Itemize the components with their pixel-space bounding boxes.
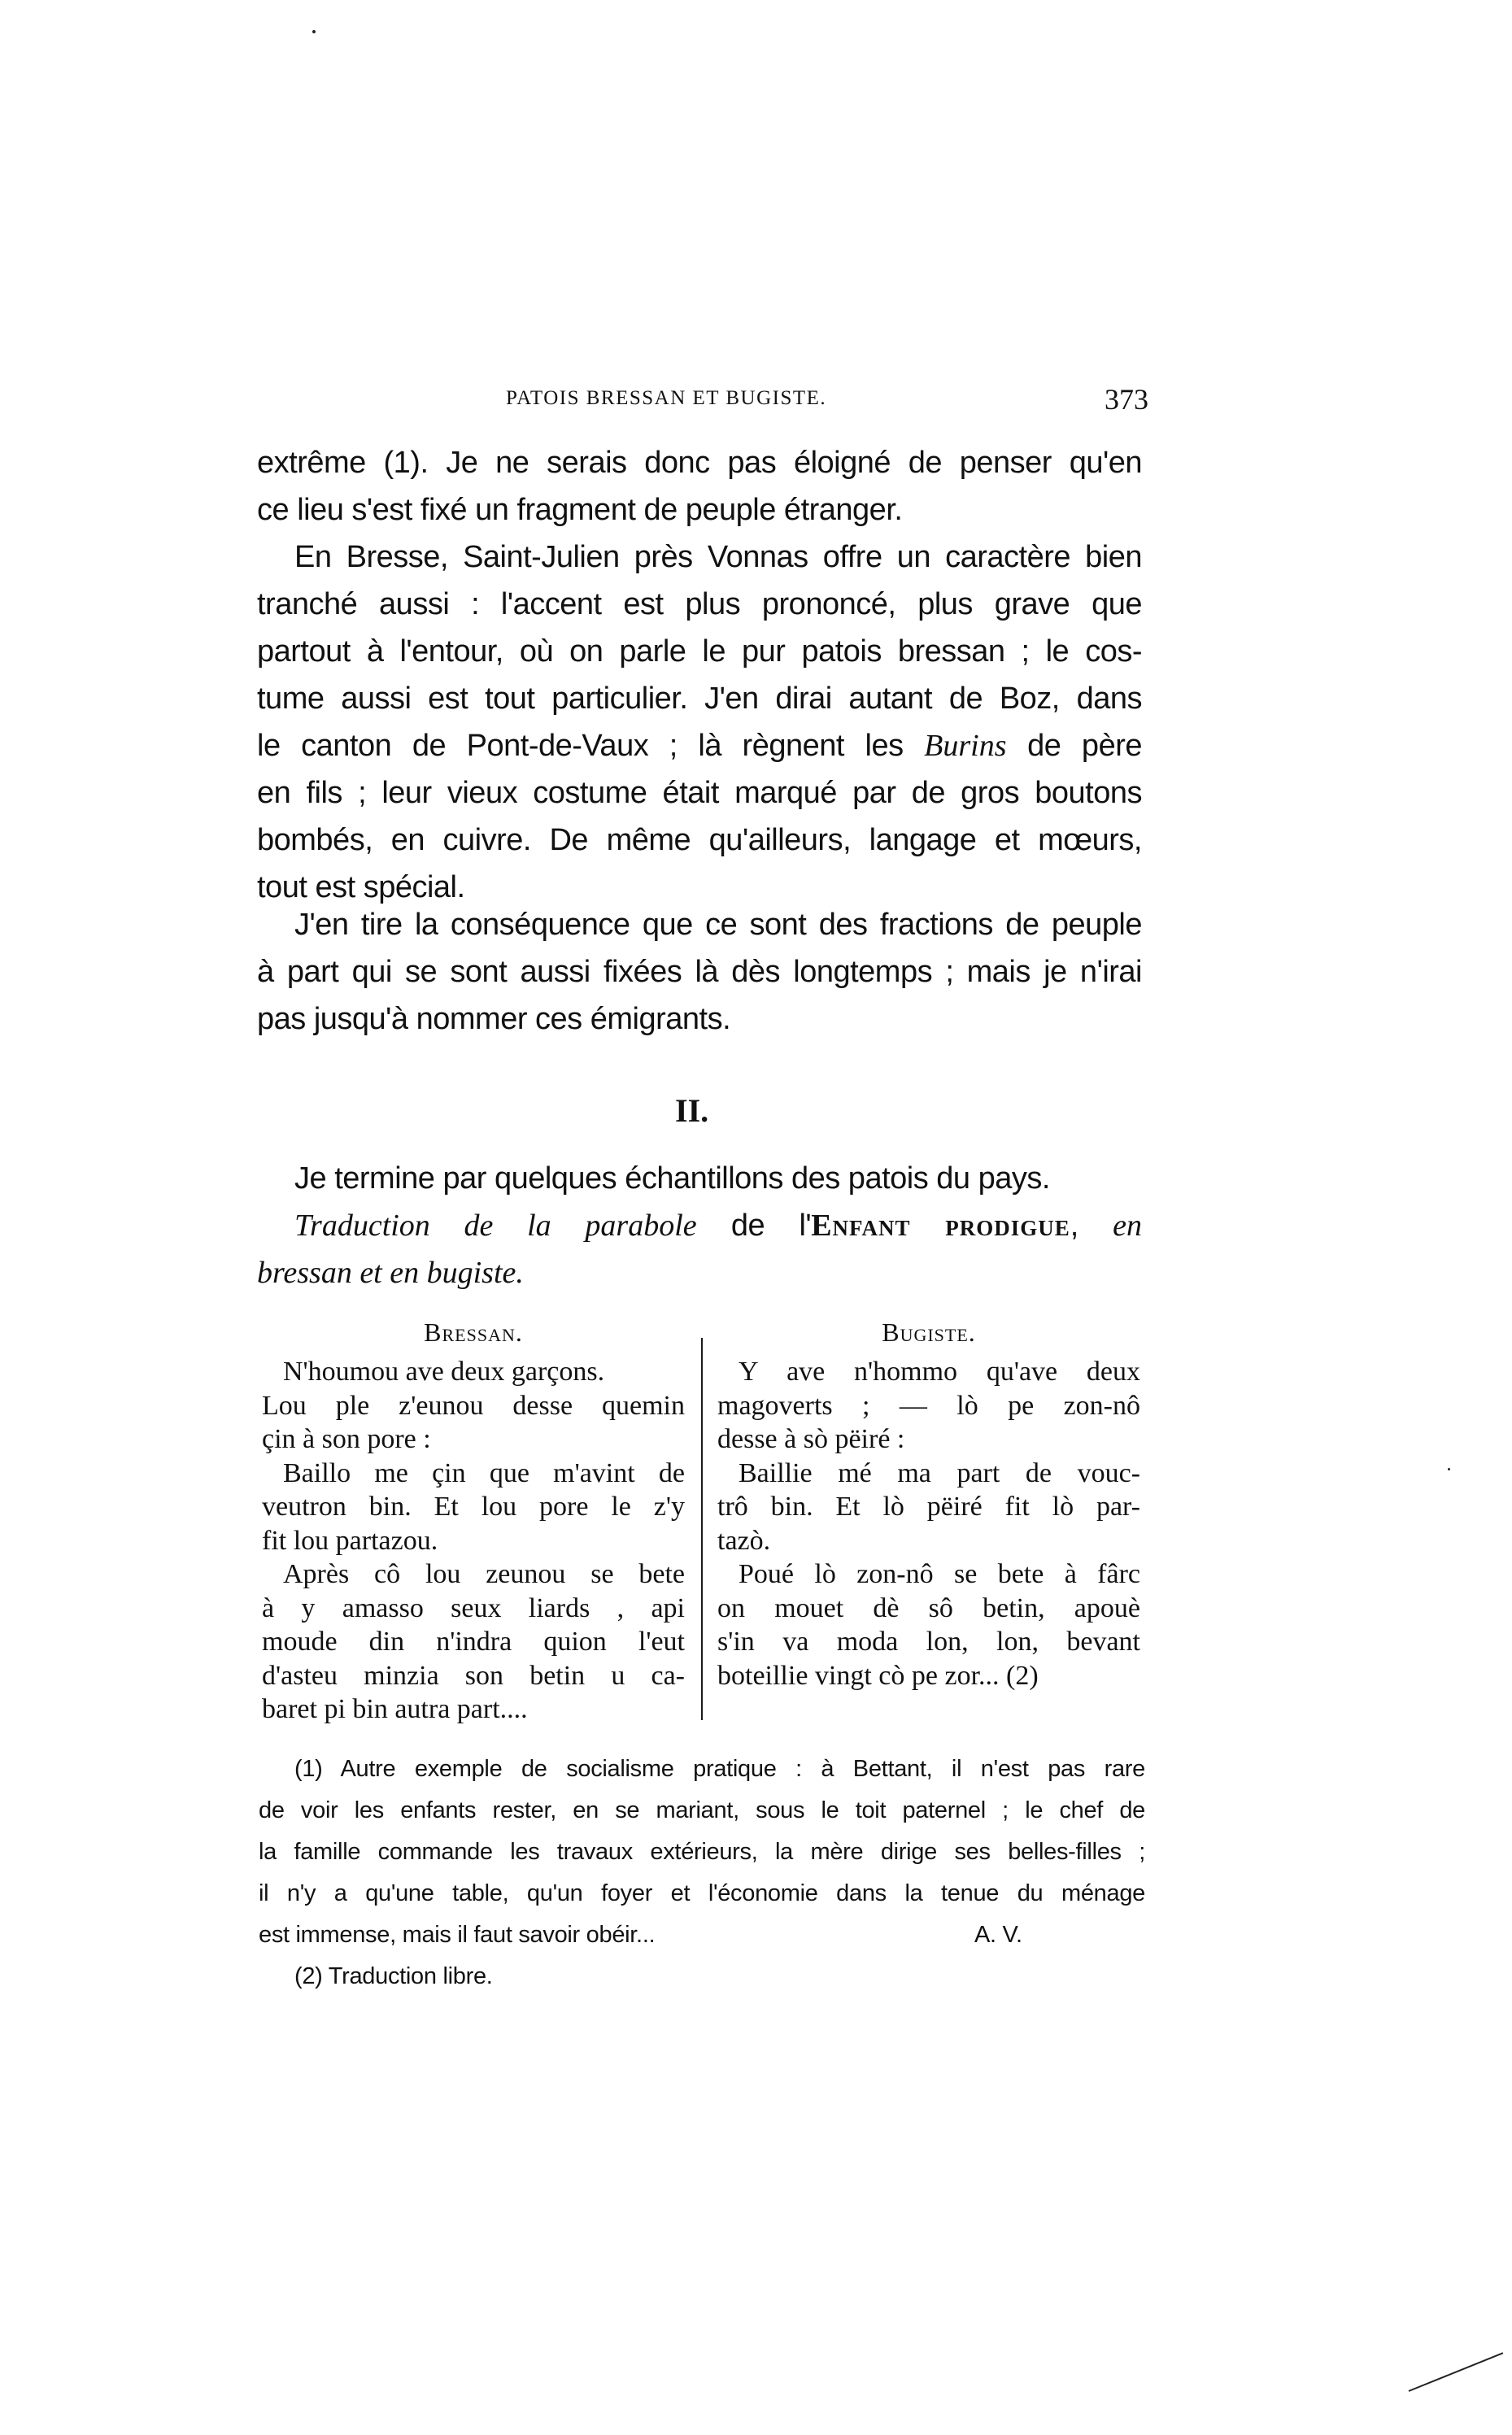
verse-line: boteillie vingt cò pe zor... (2) <box>717 1659 1140 1693</box>
text-line: extrême (1). Je ne serais donc pas éloig… <box>257 439 1142 486</box>
page-number: 373 <box>1105 382 1148 416</box>
paragraph-2: En Bresse, Saint-Julien près Vonnas offr… <box>257 534 1142 911</box>
verse-line: s'in va moda lon, lon, bevant <box>717 1625 1140 1659</box>
scan-speck <box>1448 1468 1450 1470</box>
text-line: En Bresse, Saint-Julien près Vonnas offr… <box>257 534 1142 581</box>
verse-line: on mouet dè sô betin, apouè <box>717 1592 1140 1626</box>
text-line: tume aussi est tout particulier. J'en di… <box>257 675 1142 722</box>
footnote-1-line: la famille commande les travaux extérieu… <box>259 1832 1145 1873</box>
verse-line: trô bin. Et lò pëiré fit lò par- <box>717 1490 1140 1524</box>
column-heading-bressan: Bressan. <box>262 1316 685 1348</box>
italic-term-burins: Burins <box>924 729 1006 763</box>
column-divider <box>701 1338 703 1720</box>
verse-line: desse à sò pëiré : <box>717 1422 1140 1457</box>
section-intro: Je termine par quelques échantillons des… <box>257 1155 1142 1296</box>
verse-line: veutron bin. Et lou pore le z'y <box>262 1490 685 1524</box>
footnote-1-last-line: est immense, mais il faut savoir obéir..… <box>259 1914 1145 1956</box>
paragraph-3: J'en tire la conséquence que ce sont des… <box>257 901 1142 1043</box>
translation-title-line: Traduction de la parabole de l'Enfant pr… <box>257 1202 1142 1249</box>
text-line: en fils ; leur vieux costume était marqu… <box>257 769 1142 817</box>
verse-line: Y ave n'hommo qu'ave deux <box>717 1355 1140 1389</box>
verse-line: d'asteu minzia son betin u ca- <box>262 1659 685 1693</box>
verse-line: magoverts ; — lò pe zon-nô <box>717 1389 1140 1423</box>
verse-line: fit lou partazou. <box>262 1524 685 1558</box>
text-segment: , <box>1070 1209 1113 1243</box>
footnote-2: (2) Traduction libre. <box>259 1956 1145 1997</box>
body-text-top: extrême (1). Je ne serais donc pas éloig… <box>257 439 1142 911</box>
text-line: ce lieu s'est fixé un fragment de peuple… <box>257 486 1142 534</box>
italic-segment: Traduction de la parabole <box>294 1209 697 1243</box>
text-segment: le canton de Pont-de-Vaux ; là règnent l… <box>257 729 924 763</box>
body-text-conclusion: J'en tire la conséquence que ce sont des… <box>257 901 1142 1043</box>
verse-line: Après cô lou zeunou se bete <box>262 1557 685 1592</box>
translation-title-line-2: bressan et en bugiste. <box>257 1249 1142 1296</box>
running-header: PATOIS BRESSAN ET BUGISTE. 373 <box>506 382 1148 415</box>
text-line: à part qui se sont aussi fixées là dès l… <box>257 948 1142 995</box>
text-line: tranché aussi : l'accent est plus pronon… <box>257 581 1142 628</box>
small-caps-title: Enfant prodigue <box>811 1209 1070 1243</box>
verse-line: à y amasso seux liards , api <box>262 1592 685 1626</box>
column-bressan: Bressan. N'houmou ave deux garçons. Lou … <box>262 1316 685 1727</box>
paragraph-1: extrême (1). Je ne serais donc pas éloig… <box>257 439 1142 534</box>
verse-line: çin à son pore : <box>262 1422 685 1457</box>
footnote-1-line: il n'y a qu'une table, qu'un foyer et l'… <box>259 1873 1145 1914</box>
verse-line: moude din n'indra quion l'eut <box>262 1625 685 1659</box>
intro-line: Je termine par quelques échantillons des… <box>257 1155 1142 1202</box>
verse-line: baret pi bin autra part.... <box>262 1692 685 1727</box>
text-line: le canton de Pont-de-Vaux ; là règnent l… <box>257 722 1142 769</box>
column-heading-bugiste: Bugiste. <box>717 1316 1140 1348</box>
column-bugiste: Bugiste. Y ave n'hommo qu'ave deux magov… <box>717 1316 1140 1692</box>
text-segment: de l' <box>697 1209 812 1243</box>
footnotes: (1) Autre exemple de socialisme pratique… <box>259 1749 1145 1997</box>
text-line: bombés, en cuivre. De même qu'ailleurs, … <box>257 817 1142 864</box>
verse-line: Lou ple z'eunou desse quemin <box>262 1389 685 1423</box>
footnote-1-line: (1) Autre exemple de socialisme pratique… <box>259 1749 1145 1790</box>
scanned-book-page: PATOIS BRESSAN ET BUGISTE. 373 extrême (… <box>0 0 1512 2435</box>
verse-line: Baillie mé ma part de vouc- <box>717 1457 1140 1491</box>
text-line: J'en tire la conséquence que ce sont des… <box>257 901 1142 948</box>
verse-line: Baillo me çin que m'avint de <box>262 1457 685 1491</box>
running-title: PATOIS BRESSAN ET BUGISTE. <box>506 387 826 410</box>
scan-speck <box>312 30 316 33</box>
italic-segment: en <box>1113 1209 1142 1243</box>
text-line: partout à l'entour, où on parle le pur p… <box>257 628 1142 675</box>
section-heading: II. <box>675 1091 708 1130</box>
scan-stray-line <box>1409 2352 1504 2392</box>
text-line: pas jusqu'à nommer ces émigrants. <box>257 995 1142 1043</box>
text-segment: de père <box>1007 729 1142 763</box>
footnote-signature: A. V. <box>974 1914 1022 1956</box>
verse-line: Poué lò zon-nô se bete à fârc <box>717 1557 1140 1592</box>
footnote-1-line: de voir les enfants rester, en se marian… <box>259 1790 1145 1832</box>
verse-line: tazò. <box>717 1524 1140 1558</box>
verse-line: N'houmou ave deux garçons. <box>262 1355 685 1389</box>
